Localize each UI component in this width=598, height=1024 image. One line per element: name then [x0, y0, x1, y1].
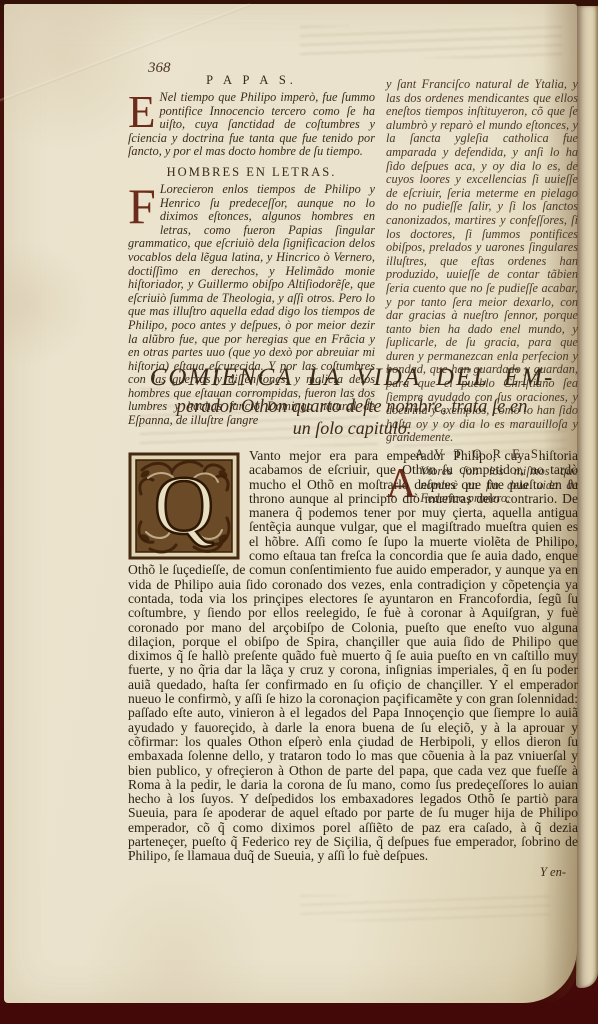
- papas-heading: P A P A S.: [128, 73, 375, 88]
- catchword: Y en-: [128, 865, 578, 880]
- dropcap-f: F: [128, 185, 156, 227]
- book-page-edges: [576, 6, 598, 988]
- chapter-body: Q Vanto mejor era para emperador Philipo…: [128, 449, 578, 880]
- book-photograph: 368 P A P A S. ENel tiempo que Philipo i…: [0, 0, 598, 1024]
- woodcut-initial-q: Q: [128, 452, 240, 560]
- dropcap-q: Q: [154, 459, 215, 552]
- two-column-block: P A P A S. ENel tiempo que Philipo imper…: [128, 71, 578, 506]
- hombres-heading: HOMBRES EN LETRAS.: [128, 165, 375, 180]
- right-column: y ſant Franciſco natural de Ytalia, y la…: [386, 71, 578, 506]
- papas-text: Nel tiempo que Philipo imperò, fue ſummo…: [128, 90, 375, 158]
- papas-paragraph: ENel tiempo que Philipo imperò, fue ſumm…: [128, 91, 375, 159]
- bleedthrough-texture: [300, 895, 550, 921]
- chapter-heading-line1: COMIENCA LA VIDA DEL EM-: [126, 363, 578, 393]
- chapter-heading-line2: perador Othon quarto deſte nombre, trata…: [126, 396, 578, 418]
- chapter-heading-line3: un ſolo capitulo.: [126, 418, 578, 439]
- left-column: P A P A S. ENel tiempo que Philipo imper…: [128, 71, 375, 506]
- bleedthrough-texture: [300, 26, 562, 58]
- dropcap-e: E: [128, 93, 156, 131]
- chapter-heading: COMIENCA LA VIDA DEL EM- perador Othon q…: [126, 363, 578, 439]
